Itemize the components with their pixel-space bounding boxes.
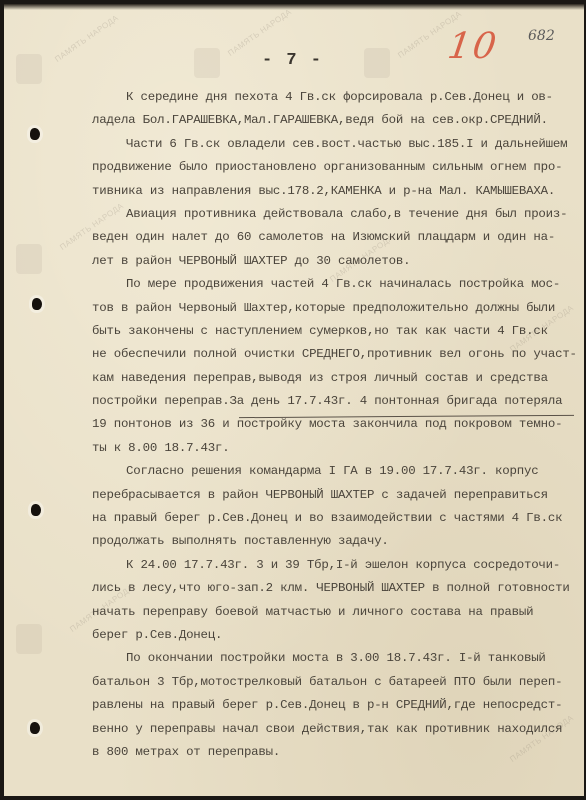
- text-line: на правый берег р.Сев.Донец и во взаимод…: [92, 507, 582, 530]
- text-line: не обеспечили полной очистки СРЕДНЕГО,пр…: [92, 343, 582, 366]
- watermark-text: ПАМЯТЬ НАРОДА: [53, 13, 120, 64]
- scan-edge-shadow: [4, 4, 584, 10]
- text-line: тов в район Червоный Шахтер,которые пред…: [92, 297, 582, 320]
- text-line: К середине дня пехота 4 Гв.ск форсировал…: [92, 86, 582, 109]
- text-line: Авиация противника действовала слабо,в т…: [92, 203, 582, 226]
- folio-number: 682: [528, 28, 555, 44]
- watermark-emblem-icon: [16, 54, 42, 84]
- text-line: Согласно решения командарма I ГА в 19.00…: [92, 460, 582, 483]
- text-line: равлены на правый берег р.Сев.Донец в р-…: [92, 694, 582, 717]
- text-line: начать переправу боевой матчастью и личн…: [92, 601, 582, 624]
- text-line: в 800 метрах от переправы.: [92, 741, 582, 764]
- text-line: ты к 8.00 18.7.43г.: [92, 437, 582, 460]
- text-line: перебрасывается в район ЧЕРВОНЫЙ ШАХТЕР …: [92, 484, 582, 507]
- text-line: постройки переправ.За день 17.7.43г. 4 п…: [92, 390, 582, 413]
- text-line: тивника из направления выс.178.2,КАМЕНКА…: [92, 180, 582, 203]
- watermark-emblem-icon: [16, 244, 42, 274]
- text-line: кам наведения переправ,выводя из строя л…: [92, 367, 582, 390]
- text-line: лись в лесу,что юго-зап.2 клм. ЧЕРВОНЫЙ …: [92, 577, 582, 600]
- punch-hole: [30, 128, 40, 140]
- watermark-emblem-icon: [16, 624, 42, 654]
- text-line: продолжать выполнять поставленную задачу…: [92, 530, 582, 553]
- text-line: Части 6 Гв.ск овладели сев.вост.частью в…: [92, 133, 582, 156]
- document-page: ПАМЯТЬ НАРОДА ПАМЯТЬ НАРОДА ПАМЯТЬ НАРОД…: [4, 4, 584, 796]
- text-line: лет в район ЧЕРВОНЫЙ ШАХТЕР до 30 самоле…: [92, 250, 582, 273]
- page-marker: - 7 -: [262, 51, 323, 70]
- text-line: батальон 3 Тбр,мотострелковый батальон с…: [92, 671, 582, 694]
- punch-hole: [32, 298, 42, 310]
- punch-hole: [31, 504, 41, 516]
- text-line: По окончании постройки моста в 3.00 18.7…: [92, 647, 582, 670]
- archive-number-red: 10: [445, 26, 501, 67]
- text-line: продвижение было приостановлено организо…: [92, 156, 582, 179]
- text-line: веден один налет до 60 самолетов на Изюм…: [92, 226, 582, 249]
- typewritten-body: К середине дня пехота 4 Гв.ск форсировал…: [92, 86, 582, 764]
- text-line: ладела Бол.ГАРАШЕВКА,Мал.ГАРАШЕВКА,ведя …: [92, 109, 582, 132]
- text-line: венно у переправы начал свои действия,та…: [92, 718, 582, 741]
- text-line: берег р.Сев.Донец.: [92, 624, 582, 647]
- text-line: К 24.00 17.7.43г. 3 и 39 Тбр,I-й эшелон …: [92, 554, 582, 577]
- text-line: По мере продвижения частей 4 Гв.ск начин…: [92, 273, 582, 296]
- watermark-emblem-icon: [364, 48, 390, 78]
- punch-hole: [30, 722, 40, 734]
- text-line: быть закончены с наступлением сумерков,н…: [92, 320, 582, 343]
- watermark-emblem-icon: [194, 48, 220, 78]
